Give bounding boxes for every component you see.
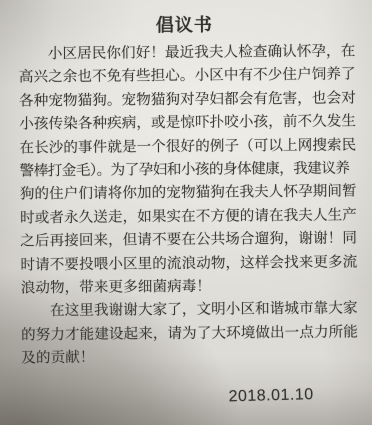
- notice-sheet: 倡议书 小区居民你们好！最近我夫人检查确认怀孕，在 高兴之余也不免有些担心。小区…: [0, 0, 372, 425]
- body-line: 之后再接回来，但请不要在公共场合遛狗，谢谢！同: [20, 228, 360, 254]
- document-date: 2018.01.10: [228, 386, 314, 406]
- document-body: 小区居民你们好！最近我夫人检查确认怀孕，在 高兴之余也不免有些担心。小区中有不少…: [19, 40, 362, 371]
- body-line: 的努力才能建设起来，请为了大环境做出一点力所能: [21, 321, 361, 347]
- body-line: 及的贡献！: [21, 345, 361, 371]
- body-line: 各种宠物猫狗。宠物猫狗对孕妇都会有危害，也会对: [19, 87, 359, 113]
- document-title: 倡议书: [0, 9, 370, 38]
- body-line: 浪动物，带来更多细菌病毒！: [21, 275, 361, 301]
- photo-of-notice: 倡议书 小区居民你们好！最近我夫人检查确认怀孕，在 高兴之余也不免有些担心。小区…: [0, 0, 372, 425]
- body-line: 小区居民你们好！最近我夫人检查确认怀孕，在: [19, 40, 359, 66]
- body-line: 警棒打金毛）。为了孕妇和小孩的身体健康，我建议养: [20, 158, 360, 184]
- body-line: 时请不要投喂小区里的流浪动物，这样会找来更多流: [20, 251, 360, 277]
- body-line: 高兴之余也不免有些担心。小区中有不少住户饲养了: [19, 64, 359, 90]
- body-line: 小孩传染各种疾病，或是惊吓扑咬小孩，前不久发生: [19, 111, 359, 137]
- body-line: 在这里我谢谢大家了，文明小区和谐城市靠大家: [21, 298, 361, 324]
- body-line: 狗的住户们请将你加的宠物猫狗在我夫人怀孕期间暂: [20, 181, 360, 207]
- body-line: 在长沙的事件就是一个很好的例子（可以上网搜索民: [19, 134, 359, 160]
- body-line: 时或者永久送走，如果实在不方便的请在我夫人生产: [20, 204, 360, 230]
